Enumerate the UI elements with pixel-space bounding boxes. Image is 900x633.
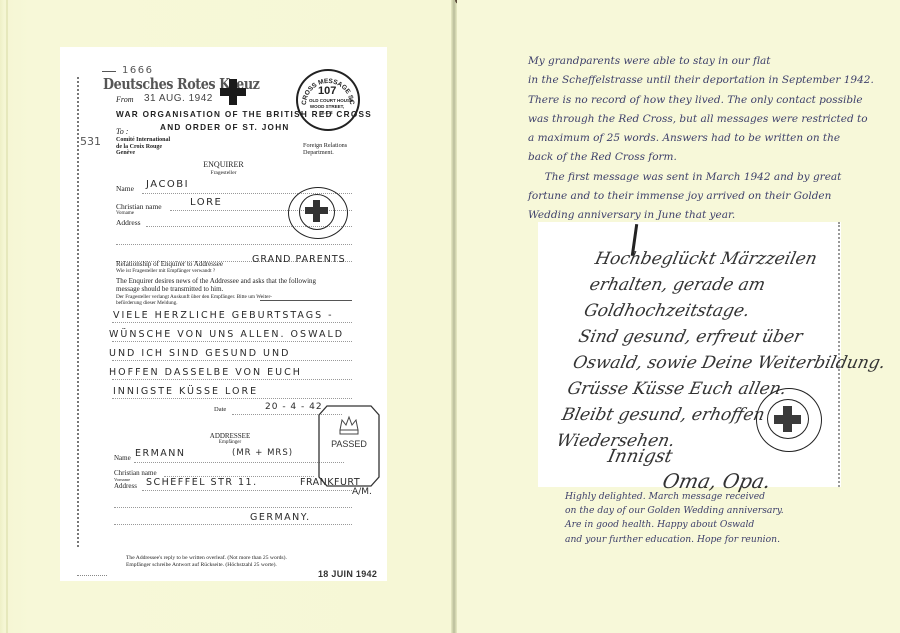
field-line <box>116 244 352 245</box>
addressee-heading: ADDRESSEE <box>180 432 280 440</box>
addressee-name-label: Name <box>114 454 131 462</box>
field-line <box>112 322 352 323</box>
enquirer-address-label: Address <box>116 218 141 227</box>
request-line: message should be transmitted to him. <box>116 285 316 293</box>
date-label: Date <box>214 406 226 413</box>
perforated-edge-bottom <box>77 575 107 576</box>
narrative-line: in the Scheffelstrasse until their depor… <box>528 71 874 90</box>
narrative-line: a maximum of 25 words. Answers had to be… <box>528 129 874 148</box>
department-line: Foreign Relations <box>303 142 347 149</box>
reply-line: Bleibt gesund, erhoffen <box>559 402 876 428</box>
addressee-christian-label: Christian name <box>114 469 157 477</box>
enquirer-christian-value: LORE <box>190 197 222 208</box>
reply-card-photo: Hochbeglückt Märzzeilen erhalten, gerade… <box>538 222 841 487</box>
red-cross-message-form: 1666 Deutsches Rotes Kreuz From 31 AUG. … <box>60 47 387 581</box>
translation-line: on the day of our Golden Wedding anniver… <box>565 504 784 518</box>
field-line <box>112 379 352 380</box>
to-address-line: Comité International <box>116 137 170 144</box>
field-line <box>114 507 352 508</box>
field-line <box>112 398 352 399</box>
field-line <box>134 462 344 463</box>
date-value: 20 - 4 - 42 <box>265 402 323 412</box>
narrative-line: There is no record of how they lived. Th… <box>528 91 874 110</box>
narrative-line: My grandparents were able to stay in our… <box>528 52 874 71</box>
divider <box>260 300 352 301</box>
stamp-number: 107 <box>318 85 336 97</box>
passed-label: PASSED <box>322 439 376 449</box>
reply-line: Hochbeglückt Märzzeilen <box>593 246 900 272</box>
request-line: The Enquirer desires news of the Address… <box>116 277 316 285</box>
footer-line: The Addressee's reply to be written over… <box>126 555 287 562</box>
relationship-value: GRAND PARENTS <box>252 254 346 265</box>
to-label: To : <box>116 127 128 136</box>
narrative-line: was through the Red Cross, but all messa… <box>528 110 874 129</box>
addressee-address-label: Address <box>114 482 137 490</box>
message-scheme-stamp: CROSS MESSAGE SCHEME 107 OLD COURT HOUSE… <box>296 69 360 131</box>
icrc-stamp <box>288 187 348 239</box>
narrative-line: back of the Red Cross form. <box>528 148 874 167</box>
reply-line: Sind gesund, erfreut über <box>576 324 893 350</box>
reply-handwriting: Hochbeglückt Märzzeilen erhalten, gerade… <box>554 246 900 454</box>
field-line <box>112 360 352 361</box>
enquirer-christian-label: Christian name <box>116 202 162 211</box>
enquirer-heading-de: Fragesteller <box>60 170 387 176</box>
enquirer-heading: ENQUIRER <box>60 160 387 169</box>
received-date-stamp: 18 JUIN 1942 <box>318 569 377 579</box>
icrc-cross-h <box>305 207 328 214</box>
relationship-label: Relationship of Enquirer to Addressee <box>116 260 223 268</box>
to-address: Comité International de la Croix Rouge G… <box>116 137 170 157</box>
reply-line: Goldhochzeitstage. <box>582 298 899 324</box>
addressee-name-note: (MR + MRS) <box>232 448 293 458</box>
field-line <box>112 341 352 342</box>
translation-line: Are in good health. Happy about Oswald <box>565 518 784 532</box>
request-text-de: Der Fragesteller verlangt Auskunft über … <box>116 294 272 306</box>
enquirer-name-label: Name <box>116 184 134 193</box>
enquirer-christian-label-de: Vorname <box>116 211 134 216</box>
narrative-text: My grandparents were able to stay in our… <box>528 52 874 226</box>
reply-closing: Innigst <box>605 444 675 470</box>
narrative-line: fortune and to their immense joy arrived… <box>528 187 874 206</box>
form-footer: The Addressee's reply to be written over… <box>126 555 287 569</box>
addressee-address-value: SCHEFFEL STR 11. <box>146 477 258 488</box>
translation-line: Highly delighted. March message received <box>565 490 784 504</box>
addressee-name-value: ERMANN <box>135 448 186 459</box>
stamp-line: E.C.2 <box>309 110 345 116</box>
from-label: From <box>116 95 133 104</box>
addressee-city-suffix: A/M. <box>352 487 372 497</box>
perforated-edge <box>77 77 79 547</box>
to-address-line: Genève <box>116 150 170 157</box>
request-text: The Enquirer desires news of the Address… <box>116 277 316 293</box>
stamp-address: OLD COURT HOUSE WOOD STREET, E.C.2 <box>309 98 345 116</box>
addressee-heading-de: Empfänger <box>180 440 280 445</box>
translation-line: and your further education. Hope for reu… <box>565 533 784 547</box>
dash-mark <box>102 71 116 72</box>
addressee-country-value: GERMANY. <box>250 512 311 523</box>
red-cross-emblem-h <box>220 88 246 96</box>
ref-number-side: 531 <box>80 135 101 148</box>
org-line-2: AND ORDER OF ST. JOHN <box>160 123 290 132</box>
message-body: VIELE HERZLICHE GEBURTSTAGS - WÜNSCHE VO… <box>109 306 344 401</box>
enquirer-name-value: JACOBI <box>146 179 189 190</box>
reply-line: Oswald, sowie Deine Weiterbildung. <box>570 350 887 376</box>
reply-line: erhalten, gerade am <box>587 272 900 298</box>
footer-line-de: Empfänger schreibe Antwort auf Rückseite… <box>126 562 287 569</box>
narrative-line: The first message was sent in March 1942… <box>528 168 874 187</box>
department: Foreign Relations Department. <box>303 142 347 156</box>
icrc-reply-stamp <box>756 388 822 452</box>
field-line <box>114 524 352 525</box>
passed-censor-stamp: PASSED <box>318 405 380 487</box>
department-line: Department. <box>303 149 347 156</box>
relationship-label-de: Wie ist Fragesteller mit Empfänger verwa… <box>116 268 215 274</box>
reply-line: Grüsse Küsse Euch allen. <box>565 376 882 402</box>
translation-caption: Highly delighted. March message received… <box>565 490 784 547</box>
field-line <box>142 490 352 491</box>
icrc-reply-cross-h <box>774 415 801 424</box>
from-date-stamp: 31 AUG. 1942 <box>144 93 213 104</box>
reply-line: Wiedersehen. <box>554 428 871 454</box>
